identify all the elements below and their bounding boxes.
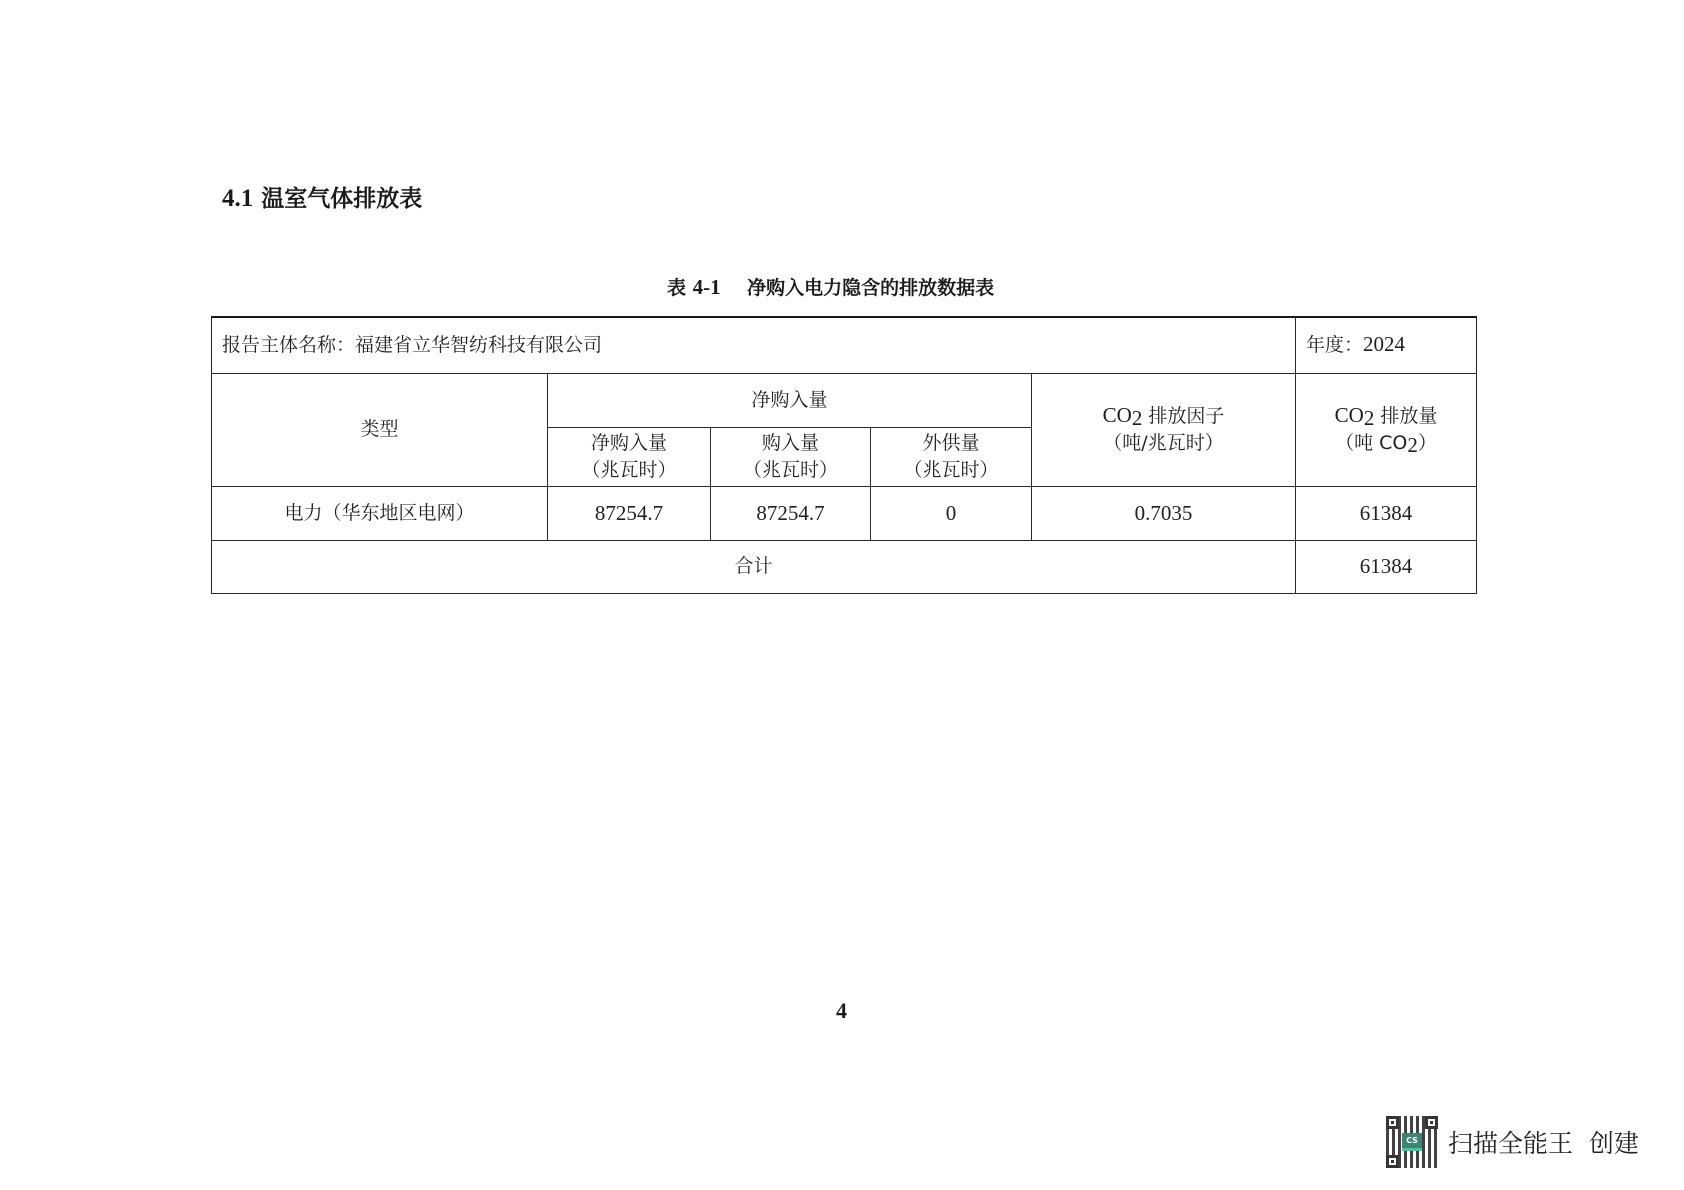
header-net-purchase-group: 净购入量 [548, 373, 1032, 427]
total-row: 合计 61384 [212, 540, 1477, 593]
year-label: 年度： [1306, 334, 1363, 356]
scanner-watermark: CS 扫描全能王 创建 [1386, 1116, 1639, 1168]
emission-table: 报告主体名称：福建省立华智纺科技有限公司 年度：2024 类型 净购入量 CO2… [211, 316, 1477, 594]
header-factor: CO2 排放因子 （吨/兆瓦时） [1032, 373, 1296, 486]
emission-unit-sub: 2 [1407, 433, 1418, 457]
emission-unit-close: ） [1418, 432, 1437, 454]
cell-net-purchase: 87254.7 [548, 486, 711, 540]
header-type: 类型 [212, 373, 548, 486]
table-caption: 表 4-1 净购入电力隐含的排放数据表 [667, 273, 994, 300]
supply-out-unit: （兆瓦时） [871, 457, 1031, 484]
section-title: 温室气体排放表 [261, 186, 422, 212]
total-value: 61384 [1296, 540, 1477, 593]
emission-sub: 2 [1364, 406, 1375, 430]
watermark-text: 扫描全能王 创建 [1448, 1124, 1639, 1160]
camscanner-logo-icon: CS [1402, 1133, 1422, 1151]
cell-type: 电力（华东地区电网） [212, 486, 548, 540]
factor-sub: 2 [1132, 406, 1143, 430]
emission-unit-open: （吨 CO [1335, 432, 1407, 454]
cell-purchase: 87254.7 [711, 486, 871, 540]
header-net-purchase: 净购入量 （兆瓦时） [548, 427, 711, 486]
total-label: 合计 [212, 540, 1296, 593]
header-type-label: 类型 [360, 418, 398, 440]
year-value: 2024 [1363, 332, 1405, 356]
table-meta-row: 报告主体名称：福建省立华智纺科技有限公司 年度：2024 [212, 317, 1477, 373]
reporter-name-cell: 报告主体名称：福建省立华智纺科技有限公司 [212, 317, 1296, 373]
supply-out-name: 外供量 [871, 430, 1031, 457]
table-row: 电力（华东地区电网） 87254.7 87254.7 0 0.7035 6138… [212, 486, 1477, 540]
header-net-purchase-group-label: 净购入量 [751, 389, 827, 411]
factor-co: CO [1103, 403, 1132, 427]
section-heading: 4.1 温室气体排放表 [222, 180, 422, 213]
caption-title: 净购入电力隐含的排放数据表 [747, 277, 994, 299]
purchase-name: 购入量 [711, 430, 870, 457]
caption-label: 表 [667, 277, 686, 299]
year-cell: 年度：2024 [1296, 317, 1477, 373]
factor-unit: （吨/兆瓦时） [1032, 430, 1295, 457]
cell-factor: 0.7035 [1032, 486, 1296, 540]
page-number: 4 [836, 998, 847, 1024]
cell-supply-out: 0 [871, 486, 1032, 540]
qr-code-icon: CS [1386, 1116, 1438, 1168]
qr-finder-top-left [1386, 1116, 1399, 1129]
reporter-name: 报告主体名称：福建省立华智纺科技有限公司 [222, 334, 602, 356]
header-purchase: 购入量 （兆瓦时） [711, 427, 871, 486]
header-supply-out: 外供量 （兆瓦时） [871, 427, 1032, 486]
caption-number: 4-1 [693, 275, 721, 299]
net-purchase-unit: （兆瓦时） [548, 457, 710, 484]
emission-name: 排放量 [1374, 405, 1437, 427]
header-row-1: 类型 净购入量 CO2 排放因子 （吨/兆瓦时） CO2 排放量 （吨 CO2） [212, 373, 1477, 427]
section-number: 4.1 [222, 185, 253, 212]
cell-emission: 61384 [1296, 486, 1477, 540]
header-emission: CO2 排放量 （吨 CO2） [1296, 373, 1477, 486]
factor-name: 排放因子 [1142, 405, 1224, 427]
purchase-unit: （兆瓦时） [711, 457, 870, 484]
qr-finder-bottom-left [1386, 1155, 1399, 1168]
net-purchase-name: 净购入量 [548, 430, 710, 457]
emission-co: CO [1335, 403, 1364, 427]
qr-finder-top-right [1425, 1116, 1438, 1129]
